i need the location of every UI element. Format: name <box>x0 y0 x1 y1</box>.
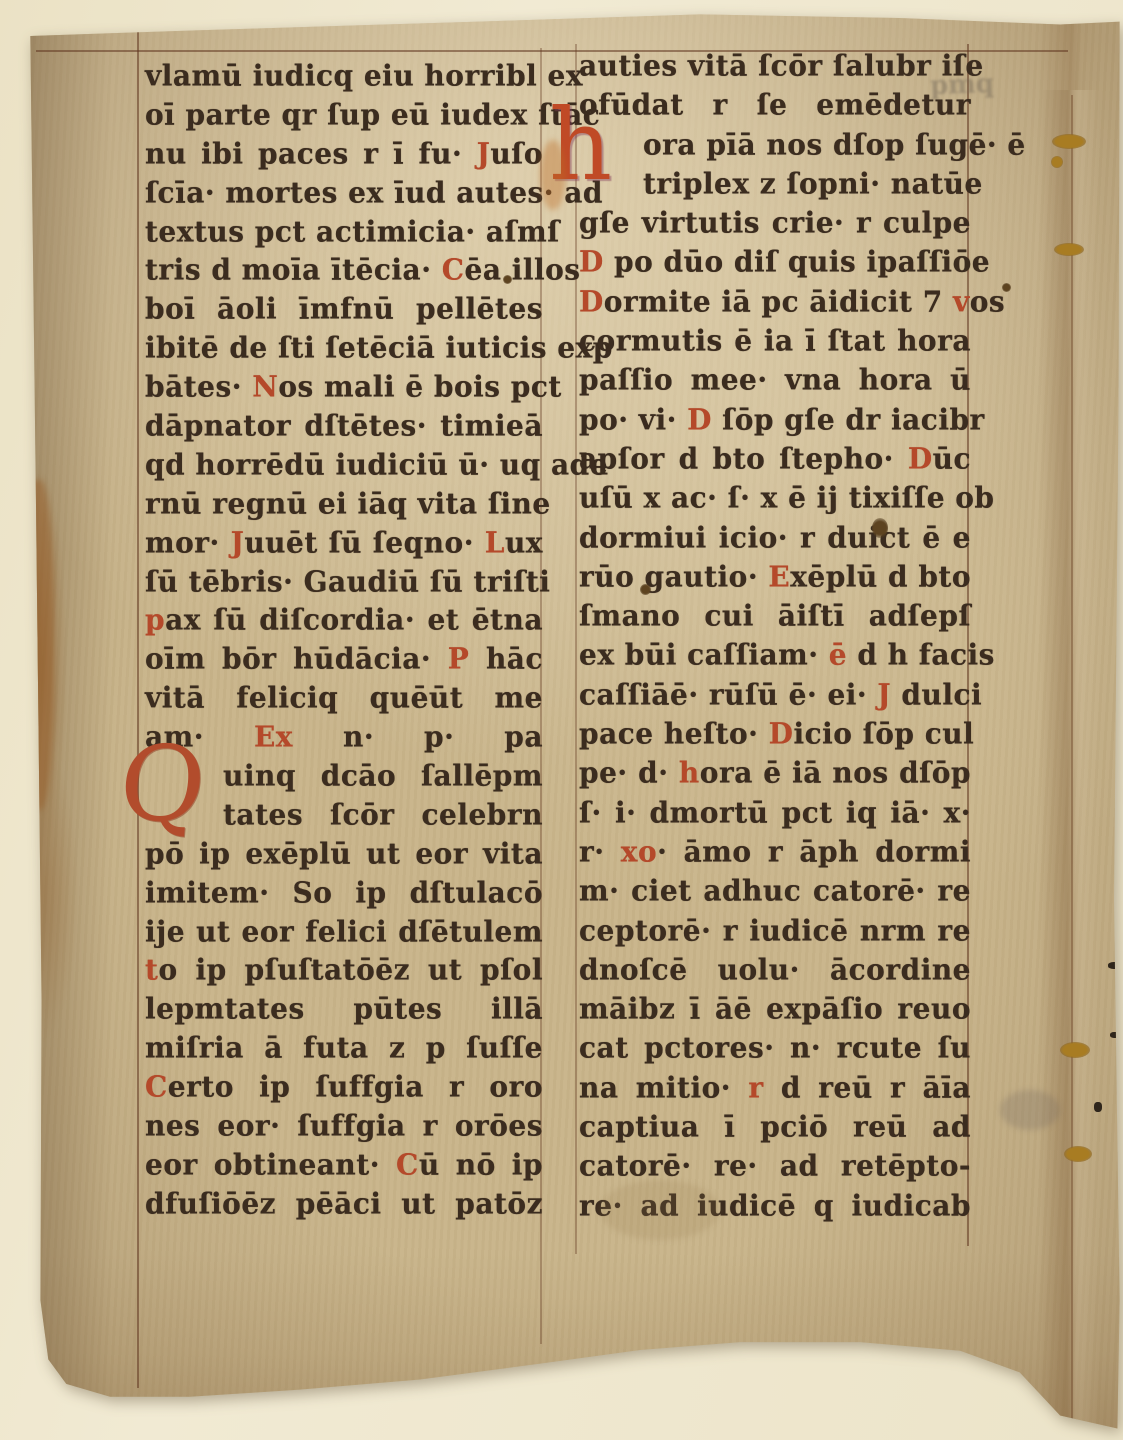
manuscript-line: pace heſto· Dicio ſōp cul <box>579 713 971 754</box>
sewing-slit <box>1064 1146 1092 1162</box>
manuscript-line: rnū regnū ei iāq vita ſine <box>145 484 543 524</box>
text-segment: ſmano cui āiſtī adſepſ <box>579 598 971 632</box>
rubric-segment: P <box>448 642 470 676</box>
manuscript-line: mor· Juuēt ſū ſeqno· Lux <box>145 523 543 563</box>
manuscript-line: pax ſū diſcordia· et ētna <box>145 601 543 641</box>
manuscript-line: ſmano cui āiſtī adſepſ <box>579 595 971 636</box>
text-segment: r· <box>579 834 621 868</box>
rubric-segment: N <box>252 369 278 403</box>
rubricated-initial-Q: Q <box>116 734 210 834</box>
manuscript-line: pō ip exēplū ut eor vita <box>145 834 543 874</box>
text-segment: ſū tēbris· Gaudiū ſū triſti <box>145 564 550 598</box>
manuscript-line: cat pctores· n· rcute ſu <box>579 1028 971 1069</box>
manuscript-line: triplex z ſopni· natūe <box>579 163 971 204</box>
rubric-segment: ē <box>829 638 847 672</box>
manuscript-line: qd horrēdū iudiciū ū· uq ade <box>145 445 543 485</box>
text-segment: cormutis ē ia ī ſtat hora <box>579 323 971 357</box>
manuscript-line: rūo gautio· Exēplū d bto <box>579 556 971 597</box>
manuscript-line: uſū x ac· ſ· x ē ij tixiſſe ob <box>579 477 971 518</box>
manuscript-line: ibitē de ſti ſetēciā iuticis exp <box>145 328 543 368</box>
manuscript-line: to ip pſuſtatōēz ut pſol <box>145 951 543 991</box>
text-segment: ū nō ip <box>419 1147 543 1181</box>
text-segment: boī āoli īmfnū pellētes <box>145 292 543 326</box>
manuscript-line: oīm bōr hūdācia· P hāc <box>145 640 543 680</box>
wormhole <box>640 584 651 595</box>
manuscript-line: dfuſiōēz pēāci ut patōz <box>145 1184 543 1224</box>
parchment-shadow: pmq vlamū iudicq eiu horribl exoī parte … <box>0 0 1123 1440</box>
text-segment: pace heſto· <box>579 716 769 750</box>
ink-speck <box>1094 1102 1102 1112</box>
text-segment: catorē· re· ad retēpto- <box>579 1149 971 1183</box>
rubric-segment: p <box>145 603 165 637</box>
text-segment: ſōp gſe dr iacibr <box>712 402 985 436</box>
sewing-slit <box>1060 1042 1090 1058</box>
manuscript-line: ceptorē· r iudicē nrm re <box>579 910 971 951</box>
manuscript-line: m· ciet adhuc catorē· re <box>579 870 971 911</box>
text-segment: caſſiāē· rūſū ē· ei· <box>579 677 877 711</box>
text-segment: d reū r āīa <box>764 1070 971 1104</box>
fold-crease-shading <box>1040 90 1100 1440</box>
manuscript-line: bātes· Nos mali ē bois pct <box>145 367 543 407</box>
text-segment: ibitē de ſti ſetēciā iuticis exp <box>145 331 613 365</box>
rubric-segment: D <box>579 284 604 318</box>
text-segment: xēplū d bto <box>790 559 971 593</box>
manuscript-line: na mitio· r d reū r āīa <box>579 1067 971 1108</box>
manuscript-line: dāpnator dſtētes· timieā <box>145 406 543 446</box>
manuscript-line: D po dūo diſ quis ipaſſiōe <box>579 242 971 283</box>
manuscript-line: tates ſcōr celebrn <box>145 795 543 835</box>
manuscript-line: auties vitā ſcōr ſalubr iſe <box>579 45 971 86</box>
manuscript-line: dnoſcē uolu· ācordine <box>579 949 971 990</box>
manuscript-line: vitā feliciq quēūt me <box>145 678 543 718</box>
fold-crease-line <box>1071 95 1073 1440</box>
text-segment: d h facis <box>847 638 995 672</box>
text-segment: hāc <box>469 642 543 676</box>
manuscript-line: gſe virtutis crie· r culpe <box>579 202 971 243</box>
text-segment: miſria ā futa z p ſuſſe <box>145 1031 543 1065</box>
right-text-column: auties vitā ſcōr ſalubr iſeofūdat r ſe e… <box>579 46 971 1225</box>
manuscript-line: ſ· i· dmortū pct iq iā· x· <box>579 792 971 833</box>
text-segment: uſū x ac· ſ· x ē ij tixiſſe ob <box>579 481 995 515</box>
rubric-segment: J <box>877 677 891 711</box>
manuscript-line: oī parte qr ſup eū iudex ſtāc <box>145 95 543 135</box>
text-segment: pe· d· <box>579 756 679 790</box>
text-segment: gſe virtutis crie· r culpe <box>579 206 971 240</box>
manuscript-line: caſſiāē· rūſū ē· ei· J dulci <box>579 674 971 715</box>
manuscript-line: eor obtineant· Cū nō ip <box>145 1145 543 1185</box>
manuscript-line: captiua ī pciō reū ad <box>579 1106 971 1147</box>
ink-speck <box>1110 1032 1120 1038</box>
text-segment: dormiui icio· r duict ē e <box>579 520 971 554</box>
ruling-line-right-column-left <box>575 44 577 1254</box>
manuscript-line: ſcīa· mortes ex īud autes· ad <box>145 173 543 213</box>
text-segment: nu ibi paces r ī fu· <box>145 136 477 170</box>
manuscript-line: miſria ā futa z p ſuſſe <box>145 1028 543 1068</box>
text-segment: ceptorē· r iudicē nrm re <box>579 913 971 947</box>
wormhole <box>872 518 888 538</box>
text-segment: triplex z ſopni· natūe <box>643 166 983 200</box>
text-segment: ūc <box>933 441 971 475</box>
manuscript-line: textus pct actimicia· aſmſ <box>145 212 543 252</box>
text-segment: dāpnator dſtētes· timieā <box>145 408 543 442</box>
text-segment: captiua ī pciō reū ad <box>579 1109 971 1143</box>
parchment-leaf: pmq vlamū iudicq eiu horribl exoī parte … <box>0 0 1123 1440</box>
text-segment: māibz ī āē expāſio reuo <box>579 991 971 1025</box>
text-segment: po dūo diſ quis ipaſſiōe <box>604 245 990 279</box>
ink-speck <box>1108 962 1122 969</box>
manuscript-line: Dormite iā pc āidicit 7 vos <box>579 281 971 322</box>
text-segment: imitem· So ip dſtulacō <box>145 875 543 909</box>
text-segment: bātes· <box>145 369 252 403</box>
rubric-segment: v <box>953 284 970 318</box>
text-segment: ſcīa· mortes ex īud autes· ad <box>145 175 603 209</box>
text-segment: vitā feliciq quēūt me <box>145 681 543 715</box>
text-segment: mor· <box>145 525 231 559</box>
left-text-column: vlamū iudicq eiu horribl exoī parte qr ſ… <box>145 57 543 1224</box>
text-segment: lepmtates pūtes illā <box>145 992 543 1026</box>
manuscript-line: ofūdat r ſe emēdetur <box>579 85 971 126</box>
text-segment: ormite iā pc āidicit 7 <box>604 284 953 318</box>
photo-backdrop: pmq vlamū iudicq eiu horribl exoī parte … <box>0 0 1123 1440</box>
manuscript-line: ex būi caſſiam· ē d h facis <box>579 635 971 676</box>
manuscript-line: dormiui icio· r duict ē e <box>579 517 971 558</box>
text-segment: textus pct actimicia· aſmſ <box>145 214 560 248</box>
text-segment: apſor d bto ſtepho· <box>579 441 908 475</box>
text-segment: vlamū iudicq eiu horribl ex <box>145 58 583 92</box>
text-segment: icio ſōp cul <box>793 716 974 750</box>
manuscript-line: māibz ī āē expāſio reuo <box>579 988 971 1029</box>
text-segment: ex būi caſſiam· <box>579 638 829 672</box>
manuscript-line: apſor d bto ſtepho· Dūc <box>579 438 971 479</box>
rubric-segment: xo <box>621 834 657 868</box>
text-segment: dulci <box>891 677 982 711</box>
text-segment: rnū regnū ei iāq vita ſine <box>145 486 551 520</box>
text-segment: ax ſū diſcordia· et ētna <box>165 603 543 637</box>
manuscript-line: po· vi· D ſōp gſe dr iacibr <box>579 399 971 440</box>
rubric-segment: C <box>145 1069 168 1103</box>
manuscript-line: nu ibi paces r ī fu· Juſo <box>145 134 543 174</box>
text-segment: na mitio· <box>579 1070 748 1104</box>
manuscript-line: imitem· So ip dſtulacō <box>145 873 543 913</box>
rubric-segment: D <box>579 245 604 279</box>
manuscript-line: vlamū iudicq eiu horribl ex <box>145 56 543 96</box>
text-segment: ēa illos <box>465 253 581 287</box>
text-segment: oī parte qr ſup eū iudex ſtāc <box>145 97 600 131</box>
text-segment: pō ip exēplū ut eor vita <box>145 836 543 870</box>
text-segment: oīm bōr hūdācia· <box>145 642 448 676</box>
text-segment: os mali ē bois pct <box>278 369 562 403</box>
text-segment: eor obtineant· <box>145 1147 396 1181</box>
manuscript-line: r· xo· āmo r āph dormi <box>579 831 971 872</box>
manuscript-line: ije ut eor felici dſētulem <box>145 912 543 952</box>
rubric-segment: r <box>748 1070 763 1104</box>
text-segment: cat pctores· n· rcute ſu <box>579 1031 971 1065</box>
sewing-slit <box>1054 243 1084 256</box>
rubric-segment: D <box>908 441 933 475</box>
text-segment: nes eor· ſuffgia r orōes <box>145 1108 543 1142</box>
rubric-segment: D <box>769 716 794 750</box>
manuscript-line: ora pīā nos dſop ſugē· ē <box>579 124 971 165</box>
text-segment: n· p· pa <box>293 719 543 753</box>
rubric-segment: E <box>768 559 790 593</box>
text-segment: ije ut eor felici dſētulem <box>145 914 543 948</box>
text-segment: ora ē iā nos dſōp <box>700 756 971 790</box>
manuscript-line: pe· d· hora ē iā nos dſōp <box>579 753 971 794</box>
text-segment: tris d moīa ītēcia· <box>145 253 442 287</box>
text-segment: uinq dcāo ſallēpm <box>223 758 543 792</box>
text-segment: · āmo r āph dormi <box>657 834 971 868</box>
stain <box>20 480 54 810</box>
text-segment: erto ip ſuffgia r oro <box>168 1069 543 1103</box>
stain <box>540 140 566 210</box>
text-segment: m· ciet adhuc catorē· re <box>579 874 971 908</box>
ruling-line-left-margin <box>137 32 139 1388</box>
text-segment: o ip pſuſtatōēz ut pſol <box>158 953 543 987</box>
rubric-segment: J <box>477 136 491 170</box>
text-segment: paſſio mee· vna hora ū <box>579 363 971 397</box>
text-segment: uuēt ſū ſeqno· <box>244 525 484 559</box>
text-segment: os <box>970 284 1005 318</box>
text-segment: uſo <box>490 136 543 170</box>
rubric-segment: h <box>679 756 700 790</box>
rubric-segment: J <box>231 525 245 559</box>
rubric-segment: C <box>396 1147 419 1181</box>
wormhole <box>503 275 512 284</box>
manuscript-line: ſū tēbris· Gaudiū ſū triſti <box>145 562 543 602</box>
sewing-slit <box>1052 134 1086 149</box>
manuscript-line: Certo ip ſuffgia r oro <box>145 1067 543 1107</box>
text-segment: dfuſiōēz pēāci ut patōz <box>145 1186 543 1220</box>
manuscript-line: lepmtates pūtes illā <box>145 990 543 1030</box>
manuscript-line: nes eor· ſuffgia r orōes <box>145 1106 543 1146</box>
text-segment: ora pīā nos dſop ſugē· ē <box>643 127 1026 161</box>
text-segment: auties vitā ſcōr ſalubr iſe <box>579 48 984 82</box>
text-segment: ſ· i· dmortū pct iq iā· x· <box>579 795 971 829</box>
rubric-segment: Ex <box>254 719 293 753</box>
manuscript-line: boī āoli īmfnū pellētes <box>145 290 543 330</box>
manuscript-line: catorē· re· ad retēpto- <box>579 1146 971 1187</box>
manuscript-line: tris d moīa ītēcia· Cēa illos <box>145 251 543 291</box>
stain <box>1000 1090 1060 1130</box>
text-segment: qd horrēdū iudiciū ū· uq ade <box>145 447 608 481</box>
text-segment: rūo gautio· <box>579 559 768 593</box>
text-segment: tates ſcōr celebrn <box>223 797 543 831</box>
sewing-slit <box>1051 156 1063 168</box>
wormhole <box>1002 283 1011 292</box>
rubric-segment: D <box>687 402 712 436</box>
text-segment: dnoſcē uolu· ācordine <box>579 952 971 986</box>
manuscript-line: cormutis ē ia ī ſtat hora <box>579 320 971 361</box>
rubric-segment: L <box>485 525 505 559</box>
manuscript-line: paſſio mee· vna hora ū <box>579 360 971 401</box>
text-segment: ofūdat r ſe emēdetur <box>579 88 971 122</box>
text-segment: po· vi· <box>579 402 687 436</box>
stain <box>600 1180 720 1240</box>
rubric-segment: t <box>145 953 158 987</box>
text-segment: ux <box>505 525 543 559</box>
rubric-segment: C <box>442 253 465 287</box>
